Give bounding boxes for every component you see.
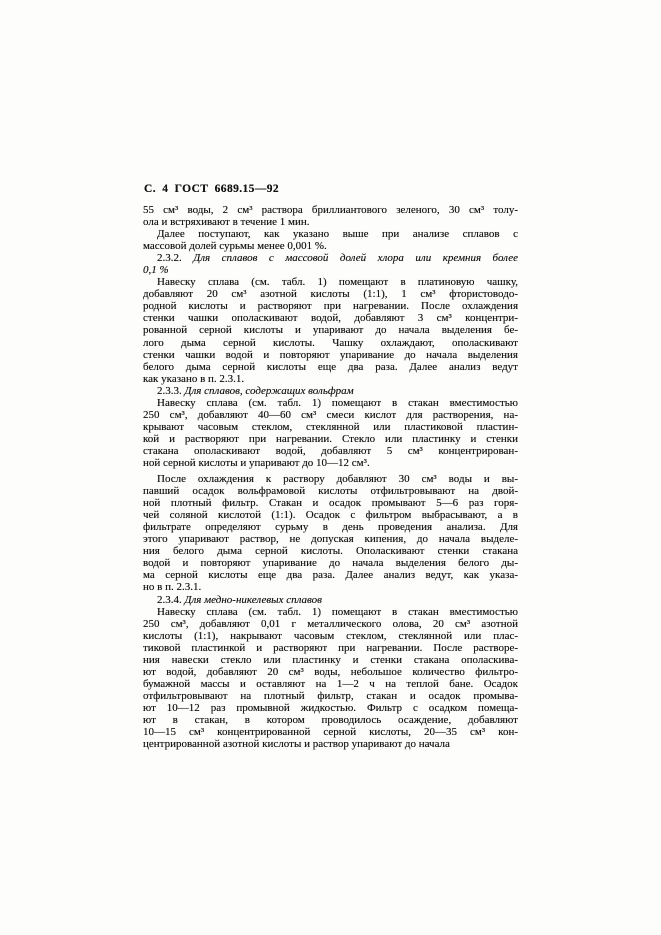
text-line: 2.3.3. Для сплавов, содержащих вольфрам (143, 385, 518, 397)
text-line: павший осадок вольфрамовой кислоты отфил… (143, 485, 518, 497)
text-line: стакана ополаскивают водой, добавляют 5 … (143, 445, 518, 457)
paragraph: После охлаждения к раствору добавляют 30… (143, 473, 518, 593)
paragraph: Навеску сплава (см. табл. 1) помещают в … (143, 397, 518, 469)
text-line: ма серной кислоты еще два раза. Далее ан… (143, 569, 518, 581)
text-line: 0,1 % (143, 264, 518, 276)
section-number: 2.3.4. (157, 594, 185, 606)
text-line: кой и растворяют при нагревании. Стекло … (143, 433, 518, 445)
text-line: отфильтровывают на плотный фильтр, стака… (143, 690, 518, 702)
text-line: фильтрате определяют сурьму в день прове… (143, 521, 518, 533)
paragraph: 55 см³ воды, 2 см³ раствора бриллиантово… (143, 204, 518, 228)
text-line: После охлаждения к раствору добавляют 30… (143, 473, 518, 485)
text-line: Навеску сплава (см. табл. 1) помещают в … (143, 606, 518, 618)
text-line: ния навески стекло или пластинку и стенк… (143, 654, 518, 666)
text-line: 2.3.4. Для медно-никелевых сплавов (143, 594, 518, 606)
text-line: центрированной азотной кислоты и раствор… (143, 738, 518, 750)
section-number: 2.3.2. (157, 252, 193, 264)
text-line: ной серной кислоты и упаривают до 10—12 … (143, 457, 518, 469)
text-line: Далее поступают, как указано выше при ан… (143, 228, 518, 240)
text-line: ола и встряхивают в течение 1 мин. (143, 216, 518, 228)
text-line: водой и повторяют упаривание до начала в… (143, 557, 518, 569)
text-line: ной плотный фильтр. Стакан и осадок пром… (143, 497, 518, 509)
text-line: но в п. 2.3.1. (143, 581, 518, 593)
text-line: Навеску сплава (см. табл. 1) помещают в … (143, 397, 518, 409)
section-heading: 2.3.2. Для сплавов с массовой долей хлор… (143, 252, 518, 276)
text-line: массовой долей сурьмы менее 0,001 %. (143, 240, 518, 252)
text-line: этого упаривают раствор, не допуская кип… (143, 533, 518, 545)
text-line: кислоты (1:1), накрывают часовым стеклом… (143, 630, 518, 642)
text-line: 55 см³ воды, 2 см³ раствора бриллиантово… (143, 204, 518, 216)
text-line: 250 см³, добавляют 0,01 г металлического… (143, 618, 518, 630)
text-line: 10—15 см³ концентрированной серной кисло… (143, 726, 518, 738)
page-body: 55 см³ воды, 2 см³ раствора бриллиантово… (143, 204, 518, 750)
text-line: рованной серной кислоты и упаривают до н… (143, 324, 518, 336)
text-line: ния белого дыма серной кислоты. Ополаски… (143, 545, 518, 557)
section-heading: 2.3.3. Для сплавов, содержащих вольфрам (143, 385, 518, 397)
text-line: ют водой, добавляют 20 см³ воды, небольш… (143, 666, 518, 678)
text-line: Навеску сплава (см. табл. 1) помещают в … (143, 276, 518, 288)
text-line: бумажной массы и оставляют на 1—2 ч на т… (143, 678, 518, 690)
section-number: 2.3.3. (157, 385, 185, 397)
paragraph: Далее поступают, как указано выше при ан… (143, 228, 518, 252)
paragraph: Навеску сплава (см. табл. 1) помещают в … (143, 276, 518, 384)
section-heading: 2.3.4. Для медно-никелевых сплавов (143, 594, 518, 606)
text-line: добавляют 20 см³ азотной кислоты (1:1), … (143, 288, 518, 300)
text-line: 2.3.2. Для сплавов с массовой долей хлор… (143, 252, 518, 264)
paragraph: Навеску сплава (см. табл. 1) помещают в … (143, 606, 518, 751)
text-line: родной кислоты и растворяют при нагреван… (143, 300, 518, 312)
text-line: стенки чашки ополаскивают водой, добавля… (143, 312, 518, 324)
page-header: С. 4 ГОСТ 6689.15—92 (144, 183, 279, 195)
document-page: С. 4 ГОСТ 6689.15—92 55 см³ воды, 2 см³ … (0, 0, 661, 935)
text-line: лого дыма серной кислоты. Чашку охлаждаю… (143, 337, 518, 349)
text-line: белого дыма серной кислоты еще два раза.… (143, 361, 518, 373)
text-line: 250 см³, добавляют 40—60 см³ смеси кисло… (143, 409, 518, 421)
text-line: чей соляной кислотой (1:1). Осадок с фил… (143, 509, 518, 521)
text-line: стенки чашки водой и повторяют упаривани… (143, 349, 518, 361)
text-line: тиковой пластинкой и растворяют при нагр… (143, 642, 518, 654)
text-line: ют 10—12 раз промывной жидкостью. Фильтр… (143, 702, 518, 714)
text-line: как указано в п. 2.3.1. (143, 373, 518, 385)
text-line: ют в стакан, в котором проводилось осажд… (143, 714, 518, 726)
text-line: крывают часовым стеклом, стеклянной или … (143, 421, 518, 433)
